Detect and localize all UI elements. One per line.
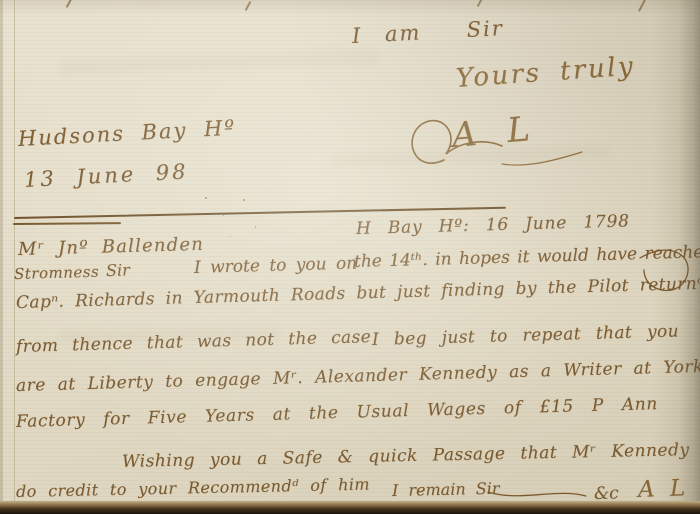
closing-yours-truly: Yours truly — [455, 52, 636, 94]
left-page-edge — [0, 0, 3, 514]
body-line-5: Factory for Five Years at the Usual Wage… — [16, 394, 658, 432]
body-line-3-right: I beg just to repeat that you — [372, 321, 679, 350]
top-edge-shadow — [0, 0, 700, 16]
body-line-6: Wishing you a Safe & quick Passage that … — [122, 439, 700, 472]
letter-salutation: Sir — [106, 260, 130, 280]
body-line-7: do credit to your Recommendᵈ of him — [16, 475, 370, 501]
ink-speck — [223, 215, 224, 216]
pen-stroke-mark — [477, 0, 483, 7]
letter-signature-initials: A L — [638, 475, 690, 503]
body-line-1-right: the 14ᵗʰ. in hopes it would have reached — [354, 242, 700, 272]
body-line-1-left: I wrote to you on — [194, 253, 358, 278]
letter-closing-phrase: I remain Sir — [392, 479, 500, 500]
letterbook-scan-page: I am Sir Yours truly Hudsons Bay Hº 13 J… — [0, 0, 700, 514]
letter-recipient-place: Stromness — [14, 263, 100, 283]
body-line-3-left: from thence that was not the case — [16, 327, 372, 357]
pen-stroke-mark — [638, 0, 646, 12]
letter-dateline: H Bay Hº: 16 June 1798 — [356, 211, 630, 239]
closing-signature-initials: A L — [450, 108, 541, 156]
ink-speck — [255, 226, 256, 228]
closing-date-line: 13 June 98 — [23, 159, 189, 192]
closing-i-am-sir: I am Sir — [351, 16, 504, 48]
bottom-page-edge — [0, 501, 700, 514]
ink-bleedthrough-smudge — [60, 49, 380, 74]
ink-speck — [243, 199, 245, 201]
pen-stroke-mark — [245, 1, 251, 11]
left-margin-rule — [14, 0, 15, 502]
ink-speck — [205, 197, 207, 199]
body-line-4: are at Liberty to engage Mʳ. Alexander K… — [16, 357, 700, 396]
pen-stroke-mark — [66, 0, 72, 8]
section-divider-rule-short — [13, 222, 121, 225]
ink-speck — [230, 236, 231, 237]
letter-recipient-name: Mʳ Jnº Ballenden — [18, 234, 205, 260]
closing-place-line: Hudsons Bay Hº — [17, 116, 236, 151]
